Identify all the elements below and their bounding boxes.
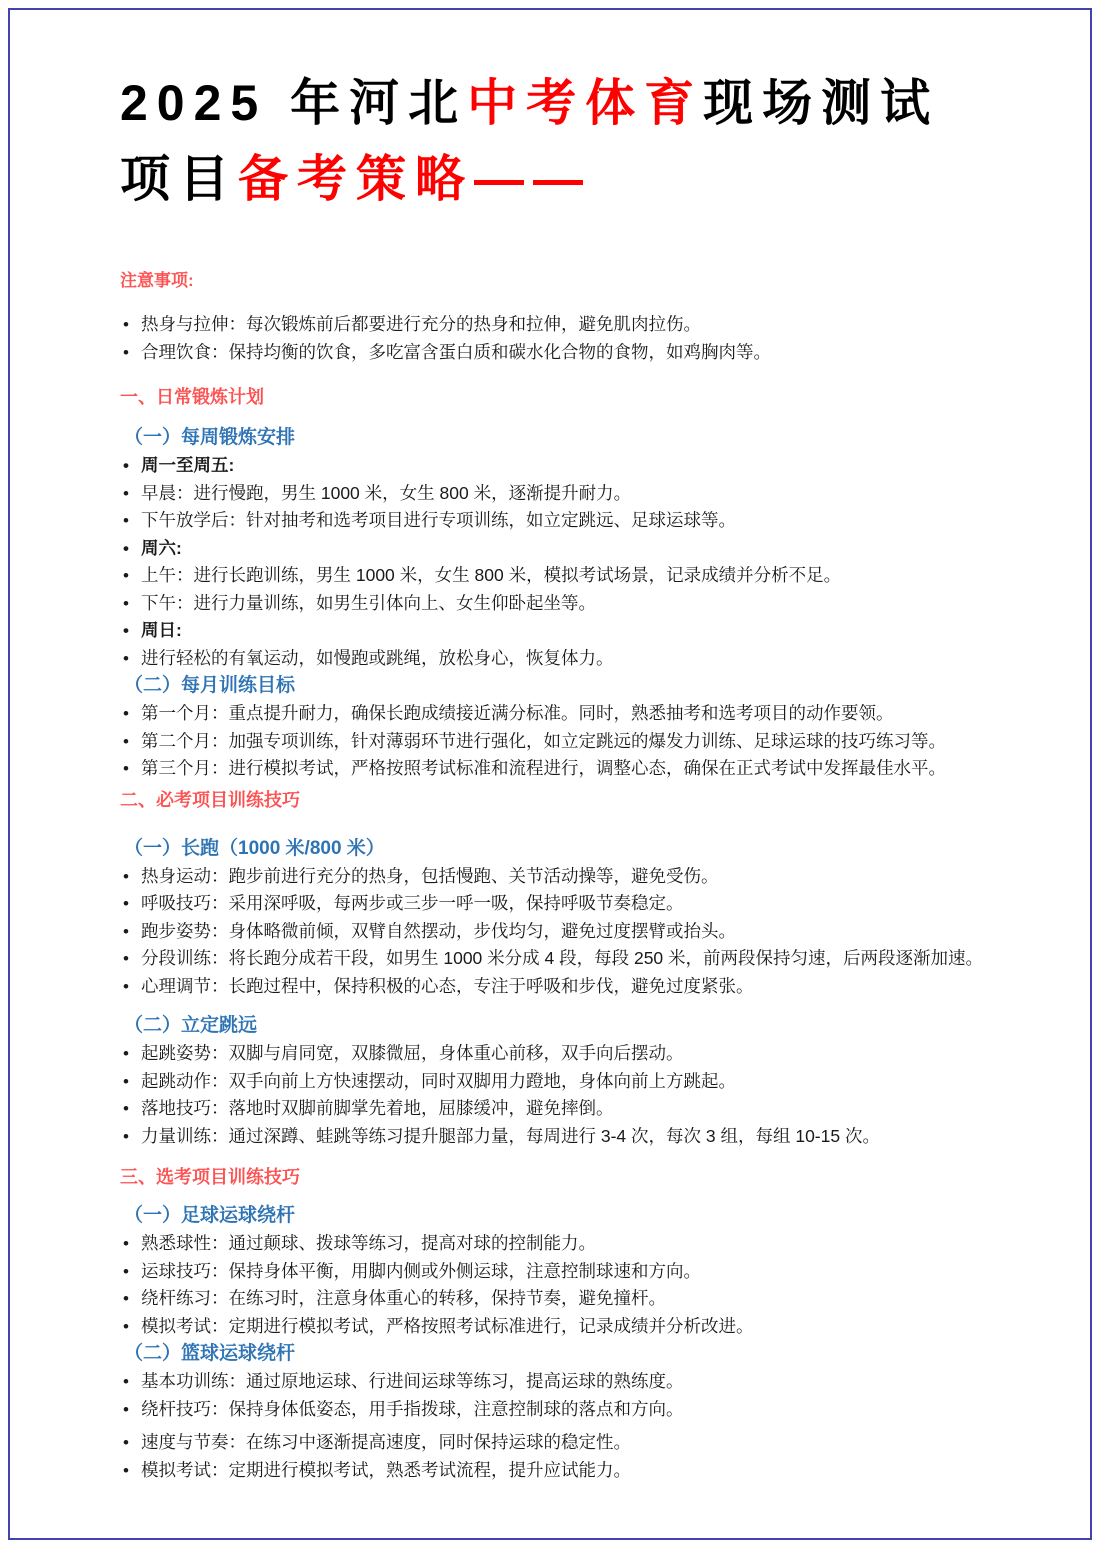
section-heading-3: 三、选考项目训练技巧 <box>120 1164 1000 1190</box>
list-item: 第二个月：加强专项训练，针对薄弱环节进行强化，如立定跳远的爆发力训练、足球运球的… <box>120 728 1000 756</box>
list-item: 绕杆练习：在练习时，注意身体重心的转移，保持节奏，避免撞杆。 <box>120 1285 1000 1313</box>
title-segment-red: 中考体育 <box>467 75 703 131</box>
list-item: 早晨：进行慢跑，男生 1000 米，女生 800 米，逐渐提升耐力。 <box>120 480 1000 508</box>
notice-heading: 注意事项: <box>120 269 1000 293</box>
list-item: 热身运动：跑步前进行充分的热身，包括慢跑、关节活动操等，避免受伤。 <box>120 863 1000 891</box>
list-item: 熟悉球性：通过颠球、拨球等练习，提高对球的控制能力。 <box>120 1230 1000 1258</box>
section-heading-1: 一、日常锻炼计划 <box>120 384 1000 410</box>
list-item: 周日: <box>120 617 1000 645</box>
subsection-heading-2-2: （二）立定跳远 <box>120 1012 1000 1040</box>
list-item: 绕杆技巧：保持身体低姿态，用手指拨球，注意控制球的落点和方向。 <box>120 1396 1000 1424</box>
list-item: 跑步姿势：身体略微前倾，双臂自然摆动，步伐均匀，避免过度摆臂或抬头。 <box>120 918 1000 946</box>
title-segment: 现场测试 <box>703 75 939 131</box>
list-item: 起跳动作：双手向前上方快速摆动，同时双脚用力蹬地，身体向前上方跳起。 <box>120 1068 1000 1096</box>
subsection-heading-3-2: （二）篮球运球绕杆 <box>120 1340 1000 1368</box>
list-item: 第一个月：重点提升耐力，确保长跑成绩接近满分标准。同时，熟悉抽考和选考项目的动作… <box>120 700 1000 728</box>
list-item: 模拟考试：定期进行模拟考试，熟悉考试流程，提升应试能力。 <box>120 1457 1000 1485</box>
title-line-2: 项目备考策略—— <box>120 141 1000 217</box>
list-item: 下午放学后：针对抽考和选考项目进行专项训练，如立定跳远、足球运球等。 <box>120 507 1000 535</box>
subsection-heading-1-2: （二）每月训练目标 <box>120 672 1000 700</box>
subsection-heading-3-1: （一）足球运球绕杆 <box>120 1202 1000 1230</box>
list-item: 进行轻松的有氧运动，如慢跑或跳绳，放松身心，恢复体力。 <box>120 645 1000 673</box>
notice-bullet: 合理饮食：保持均衡的饮食，多吃富含蛋白质和碳水化合物的食物，如鸡胸肉等。 <box>120 339 1000 367</box>
title-segment-red: 备考策略—— <box>238 151 592 207</box>
list-item: 上午：进行长跑训练，男生 1000 米，女生 800 米，模拟考试场景，记录成绩… <box>120 562 1000 590</box>
title-segment: 项目 <box>120 151 238 207</box>
list-item: 起跳姿势：双脚与肩同宽，双膝微屈，身体重心前移，双手向后摆动。 <box>120 1040 1000 1068</box>
list-item: 第三个月：进行模拟考试，严格按照考试标准和流程进行，调整心态，确保在正式考试中发… <box>120 755 1000 783</box>
list-item: 心理调节：长跑过程中，保持积极的心态，专注于呼吸和步伐，避免过度紧张。 <box>120 973 1000 1001</box>
document-page: 2025 年河北中考体育现场测试 项目备考策略—— 注意事项: 热身与拉伸：每次… <box>0 0 1100 1548</box>
list-item: 下午：进行力量训练，如男生引体向上、女生仰卧起坐等。 <box>120 590 1000 618</box>
list-item: 力量训练：通过深蹲、蛙跳等练习提升腿部力量，每周进行 3-4 次，每次 3 组，… <box>120 1123 1000 1151</box>
list-item: 运球技巧：保持身体平衡，用脚内侧或外侧运球，注意控制球速和方向。 <box>120 1258 1000 1286</box>
notice-bullet: 热身与拉伸：每次锻炼前后都要进行充分的热身和拉伸，避免肌肉拉伤。 <box>120 311 1000 339</box>
list-item: 呼吸技巧：采用深呼吸，每两步或三步一呼一吸，保持呼吸节奏稳定。 <box>120 890 1000 918</box>
list-item: 基本功训练：通过原地运球、行进间运球等练习，提高运球的熟练度。 <box>120 1368 1000 1396</box>
list-item: 模拟考试：定期进行模拟考试，严格按照考试标准进行，记录成绩并分析改进。 <box>120 1313 1000 1341</box>
section-heading-2: 二、必考项目训练技巧 <box>120 787 1000 813</box>
subsection-heading-1-1: （一）每周锻炼安排 <box>120 424 1000 452</box>
list-item: 分段训练：将长跑分成若干段，如男生 1000 米分成 4 段，每段 250 米，… <box>120 945 1000 973</box>
document-title: 2025 年河北中考体育现场测试 项目备考策略—— <box>120 65 1000 217</box>
list-item: 速度与节奏：在练习中逐渐提高速度，同时保持运球的稳定性。 <box>120 1429 1000 1457</box>
title-segment: 2025 年河北 <box>120 75 467 131</box>
subsection-heading-2-1: （一）长跑（1000 米/800 米） <box>120 835 1000 863</box>
title-line-1: 2025 年河北中考体育现场测试 <box>120 65 1000 141</box>
list-item: 落地技巧：落地时双脚前脚掌先着地，屈膝缓冲，避免摔倒。 <box>120 1095 1000 1123</box>
list-item: 周一至周五: <box>120 452 1000 480</box>
list-item: 周六: <box>120 535 1000 563</box>
document-content: 2025 年河北中考体育现场测试 项目备考策略—— 注意事项: 热身与拉伸：每次… <box>120 55 1000 1484</box>
